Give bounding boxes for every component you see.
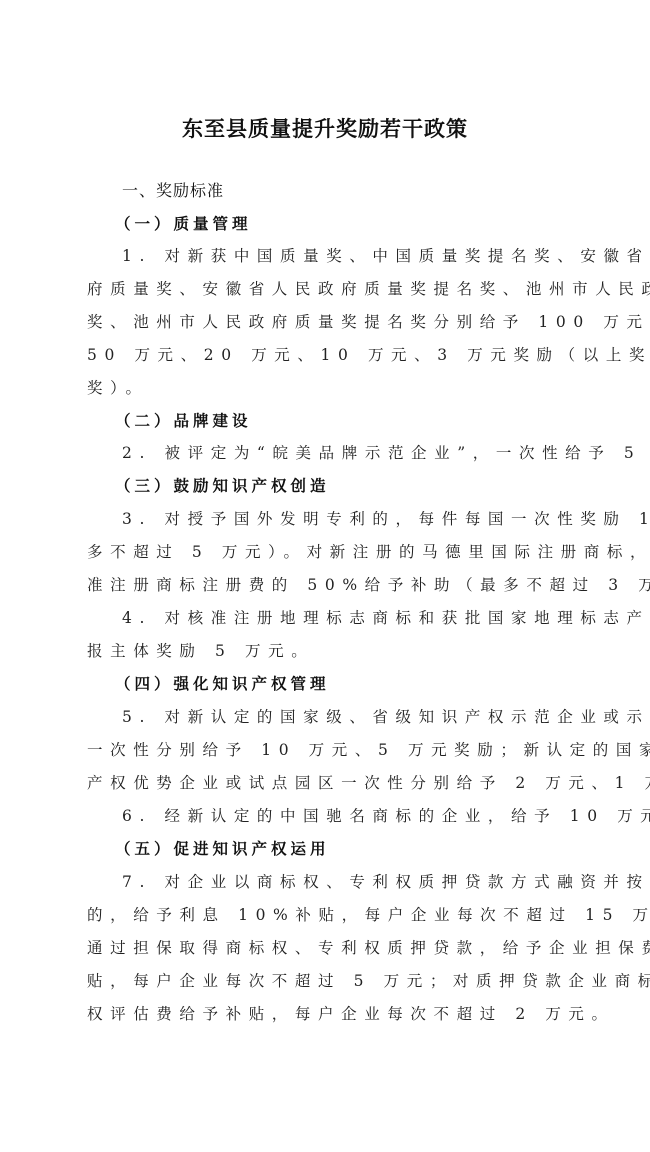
paragraph-line: 2. 被评定为“皖美品牌示范企业”，一次性给予 5 万元奖励。 xyxy=(122,441,650,463)
subsection-heading: （三）鼓励知识产权创造 xyxy=(115,474,330,496)
section-heading: 一、奖励标准 xyxy=(122,178,224,201)
paragraph-line: 报主体奖励 5 万元。 xyxy=(87,639,314,661)
paragraph-line: 权评估费给予补贴，每户企业每次不超过 2 万元。 xyxy=(87,1002,615,1024)
paragraph-line: 7. 对企业以商标权、专利权质押贷款方式融资并按期归还 xyxy=(122,870,650,892)
paragraph-line: 的，给予利息 10%补贴，每户企业每次不超过 15 万元；对企业 xyxy=(87,903,650,925)
paragraph-line: 通过担保取得商标权、专利权质押贷款，给予企业担保费 50%补 xyxy=(87,936,650,958)
paragraph-line: 奖、池州市人民政府质量奖提名奖分别给予 100 万元、50 万元、 xyxy=(87,310,650,332)
paragraph-line: 1. 对新获中国质量奖、中国质量奖提名奖、安徽省人民政 xyxy=(122,244,650,266)
paragraph-line: 产权优势企业或试点园区一次性分别给予 2 万元、1 万元奖励。 xyxy=(87,771,650,793)
subsection-heading: （一）质量管理 xyxy=(115,212,252,234)
paragraph-line: 多不超过 5 万元）。对新注册的马德里国际注册商标，按每件核 xyxy=(87,540,650,562)
subsection-heading: （五）促进知识产权运用 xyxy=(115,837,330,859)
paragraph-line: 6. 经新认定的中国驰名商标的企业，给予 10 万元奖励。 xyxy=(122,804,650,826)
paragraph-line: 府质量奖、安徽省人民政府质量奖提名奖、池州市人民政府质量 xyxy=(87,277,650,299)
paragraph-line: 贴，每户企业每次不超过 5 万元；对质押贷款企业商标权、专利 xyxy=(87,969,650,991)
paragraph-line: 4. 对核准注册地理标志商标和获批国家地理标志产品的申 xyxy=(122,606,650,628)
paragraph-line: 准注册商标注册费的 50%给予补助（最多不超过 3 万元）。 xyxy=(87,573,650,595)
subsection-heading: （四）强化知识产权管理 xyxy=(115,672,330,694)
paragraph-line: 一次性分别给予 10 万元、5 万元奖励；新认定的国家、省知识 xyxy=(87,738,650,760)
subsection-heading: （二）品牌建设 xyxy=(115,409,252,431)
document-title: 东至县质量提升奖励若干政策 xyxy=(0,113,650,143)
paragraph-line: 5. 对新认定的国家级、省级知识产权示范企业或示范园区 xyxy=(122,705,650,727)
document-page: 东至县质量提升奖励若干政策 一、奖励标准（一）质量管理1. 对新获中国质量奖、中… xyxy=(0,0,650,1152)
paragraph-line: 50 万元、20 万元、10 万元、3 万元奖励（以上奖励不包含个人 xyxy=(87,343,650,365)
paragraph-line: 奖）。 xyxy=(87,376,149,398)
paragraph-line: 3. 对授予国外发明专利的，每件每国一次性奖励 1 万元（最 xyxy=(122,507,650,529)
